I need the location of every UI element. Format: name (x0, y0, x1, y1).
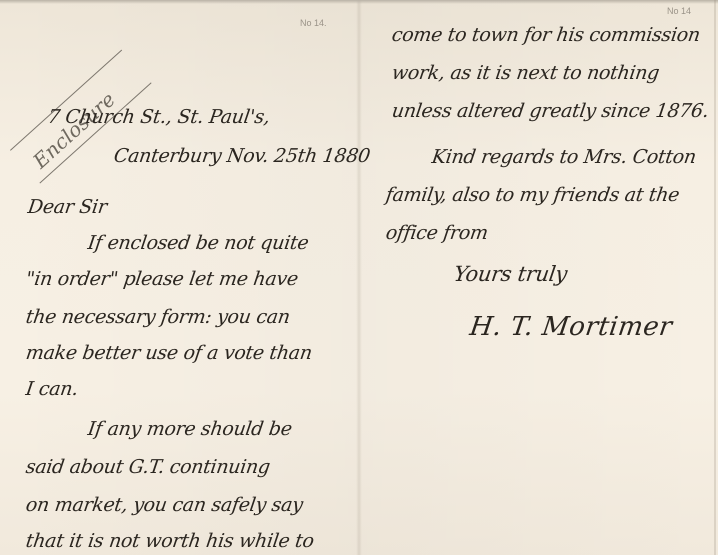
body-line: Kind regards to Mrs. Cotton (430, 146, 697, 168)
letter-page-right: No 14 come to town for his commission wo… (362, 0, 718, 555)
archive-mark: No 14. (300, 18, 327, 28)
signature: H. T. Mortimer (468, 312, 674, 342)
body-line: make better use of a vote than (24, 342, 313, 364)
body-line: on market, you can safely say (24, 494, 304, 516)
body-line: "in order" please let me have (24, 268, 299, 290)
letter-page-left: No 14. Enclosure 7 Church St., St. Paul'… (0, 0, 358, 555)
body-line: family, also to my friends at the (384, 184, 680, 206)
body-line: I can. (24, 378, 79, 400)
address-line-1: 7 Church St., St. Paul's, (46, 106, 271, 128)
body-line: that it is not worth his while to (24, 530, 315, 552)
salutation: Dear Sir (26, 196, 108, 218)
body-line: If enclosed be not quite (86, 232, 309, 254)
body-line: said about G.T. continuing (24, 456, 271, 478)
archive-mark: No 14 (667, 6, 691, 16)
body-line: unless altered greatly since 1876. (390, 100, 710, 122)
address-line-2: Canterbury Nov. 25th 1880 (112, 145, 371, 167)
closing: Yours truly (452, 262, 568, 286)
body-line: come to town for his commission (390, 24, 701, 46)
body-line: the necessary form: you can (24, 306, 291, 328)
paper-right-edge (714, 0, 716, 555)
body-line: If any more should be (86, 418, 293, 440)
endorsement-text: Enclosure (28, 87, 120, 173)
body-line: work, as it is next to nothing (390, 62, 660, 84)
body-line: office from (384, 222, 489, 244)
